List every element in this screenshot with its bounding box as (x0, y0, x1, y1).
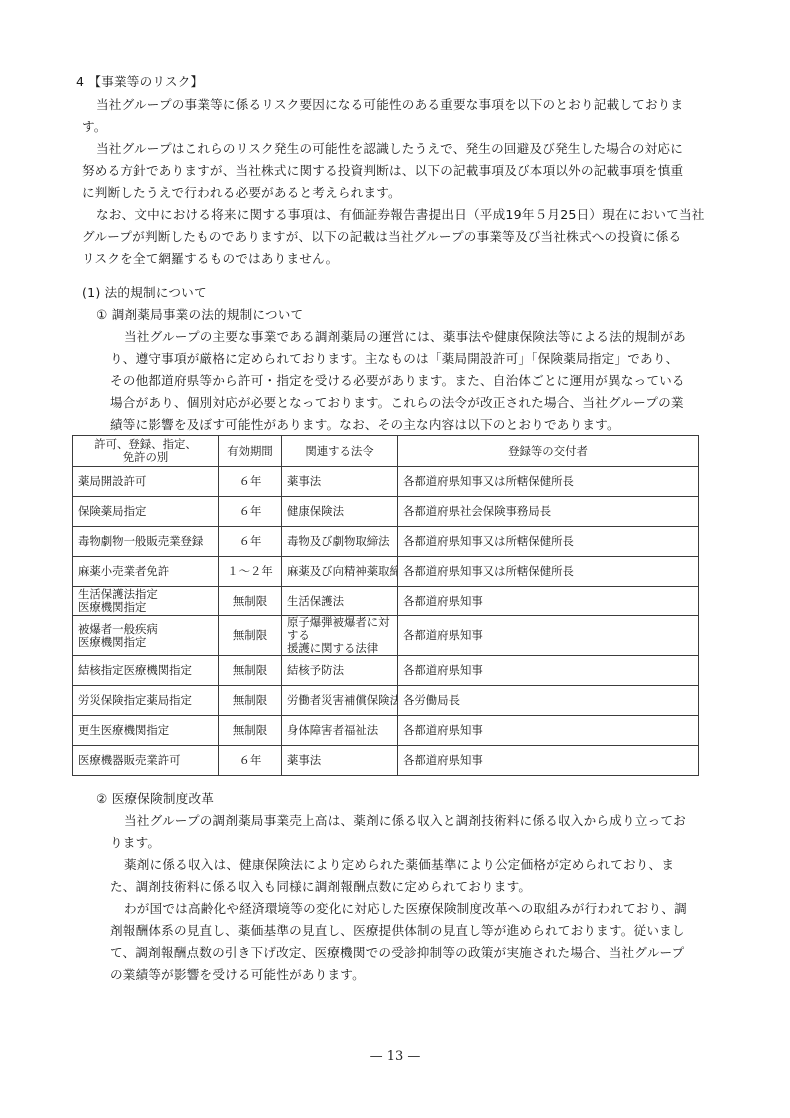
item2-line: ります。 (110, 834, 160, 853)
item2-line: の業績等が影響を受ける可能性があります。 (110, 966, 365, 985)
cell-license-type: 毒物劇物一般販売業登録 (73, 527, 219, 557)
cell-related-law: 毒物及び劇物取締法 (282, 527, 398, 557)
table-row: 労災保険指定薬局指定 無制限 労働者災害補償保険法 各労働局長 (73, 686, 699, 716)
cell-license-type: 薬局開設許可 (73, 467, 219, 497)
cell-license-type: 結核指定医療機関指定 (73, 656, 219, 686)
cell-issuer: 各都道府県知事又は所轄保健所長 (398, 557, 699, 587)
item2-line: た、調剤技術料に係る収入も同様に調剤報酬点数に定められております。 (110, 878, 531, 897)
cell-issuer: 各労働局長 (398, 686, 699, 716)
cell-validity: ６年 (219, 497, 282, 527)
table-row: 毒物劇物一般販売業登録 ６年 毒物及び劇物取締法 各都道府県知事又は所轄保健所長 (73, 527, 699, 557)
intro-line: なお、文中における将来に関する事項は、有価証券報告書提出日（平成19年５月25日… (96, 206, 705, 225)
table-row: 医療機器販売業許可 ６年 薬事法 各都道府県知事 (73, 746, 699, 776)
license-table: 許可、登録、指定、 免許の別 有効期間 関連する法令 登録等の交付者 薬局開設許… (72, 435, 699, 776)
cell-issuer: 各都道府県社会保険事務局長 (398, 497, 699, 527)
table-row: 更生医療機関指定 無制限 身体障害者福祉法 各都道府県知事 (73, 716, 699, 746)
item-heading: ② 医療保険制度改革 (96, 790, 214, 809)
cell-related-law: 薬事法 (282, 746, 398, 776)
item2-line: 薬剤に係る収入は、健康保険法により定められた薬価基準により公定価格が定められてお… (124, 856, 674, 875)
intro-line: 当社グループはこれらのリスク発生の可能性を認識したうえで、発生の回避及び発生した… (96, 140, 683, 159)
cell-issuer: 各都道府県知事 (398, 656, 699, 686)
header-related-law: 関連する法令 (282, 436, 398, 467)
intro-line: リスクを全て網羅するものではありません。 (82, 250, 338, 269)
cell-validity: 無制限 (219, 587, 282, 616)
intro-line: す。 (82, 118, 107, 137)
cell-license-type: 麻薬小売業者免許 (73, 557, 219, 587)
cell-validity: ６年 (219, 746, 282, 776)
header-issuer: 登録等の交付者 (398, 436, 699, 467)
table-row: 麻薬小売業者免許 １～２年 麻薬及び向精神薬取締法 各都道府県知事又は所轄保健所… (73, 557, 699, 587)
intro-line: 努める方針でありますが、当社株式に関する投資判断は、以下の記載事項及び本項以外の… (82, 162, 683, 181)
cell-related-law: 結核予防法 (282, 656, 398, 686)
cell-related-law: 健康保険法 (282, 497, 398, 527)
intro-line: に判断したうえで行われる必要があると考えられます。 (82, 184, 401, 203)
section-heading: 4 【事業等のリスク】 (76, 73, 203, 92)
item1-line: 績等に影響を及ぼす可能性があります。なお、その主な内容は以下のとおりであります。 (110, 416, 620, 435)
cell-license-type: 生活保護法指定 医療機関指定 (73, 587, 219, 616)
header-validity: 有効期間 (219, 436, 282, 467)
item1-line: 場合があり、個別対応が必要となっております。これらの法令が改正された場合、当社グ… (110, 394, 684, 413)
document-page: 4 【事業等のリスク】 当社グループの事業等に係るリスク要因になる可能性のある重… (0, 0, 790, 1118)
item1-line: り、遵守事項が厳格に定められております。主なものは「薬局開設許可」「保険薬局指定… (110, 350, 678, 369)
intro-line: 当社グループの事業等に係るリスク要因になる可能性のある重要な事項を以下のとおり記… (96, 96, 683, 115)
item2-line: わが国では高齢化や経済環境等の変化に対応した医療保険制度改革への取組みが行われて… (124, 900, 687, 919)
item1-line: その他都道府県等から許可・指定を受ける必要があります。また、自治体ごとに運用が異… (110, 372, 685, 391)
item1-line: 当社グループの主要な事業である調剤薬局の運営には、薬事法や健康保険法等による法的… (124, 328, 686, 347)
item-heading: ① 調剤薬局事業の法的規制について (96, 306, 303, 325)
table-header-row: 許可、登録、指定、 免許の別 有効期間 関連する法令 登録等の交付者 (73, 436, 699, 467)
cell-issuer: 各都道府県知事又は所轄保健所長 (398, 467, 699, 497)
item2-line: て、調剤報酬点数の引き下げ改定、医療機関での受診抑制等の政策が実施された場合、当… (110, 944, 684, 963)
cell-validity: 無制限 (219, 686, 282, 716)
cell-validity: ６年 (219, 467, 282, 497)
cell-issuer: 各都道府県知事又は所轄保健所長 (398, 527, 699, 557)
subsection-heading: (1) 法的規制について (82, 284, 207, 303)
table-row: 保険薬局指定 ６年 健康保険法 各都道府県社会保険事務局長 (73, 497, 699, 527)
table-row: 被爆者一般疾病 医療機関指定 無制限 原子爆弾被爆者に対する 援護に関する法律 … (73, 616, 699, 656)
intro-line: グループが判断したものでありますが、以下の記載は当社グループの事業等及び当社株式… (82, 228, 681, 247)
cell-issuer: 各都道府県知事 (398, 716, 699, 746)
cell-related-law: 身体障害者福祉法 (282, 716, 398, 746)
cell-validity: 無制限 (219, 616, 282, 656)
cell-related-law: 薬事法 (282, 467, 398, 497)
item2-line: 当社グループの調剤薬局事業売上高は、薬剤に係る収入と調剤技術料に係る収入から成り… (124, 812, 686, 831)
cell-issuer: 各都道府県知事 (398, 746, 699, 776)
cell-issuer: 各都道府県知事 (398, 616, 699, 656)
page-number: — 13 — (0, 1048, 790, 1067)
cell-related-law: 生活保護法 (282, 587, 398, 616)
cell-validity: １～２年 (219, 557, 282, 587)
cell-validity: 無制限 (219, 656, 282, 686)
cell-related-law: 原子爆弾被爆者に対する 援護に関する法律 (282, 616, 398, 656)
table-row: 薬局開設許可 ６年 薬事法 各都道府県知事又は所轄保健所長 (73, 467, 699, 497)
cell-license-type: 保険薬局指定 (73, 497, 219, 527)
cell-license-type: 被爆者一般疾病 医療機関指定 (73, 616, 219, 656)
table-row: 結核指定医療機関指定 無制限 結核予防法 各都道府県知事 (73, 656, 699, 686)
cell-license-type: 医療機器販売業許可 (73, 746, 219, 776)
table-row: 生活保護法指定 医療機関指定 無制限 生活保護法 各都道府県知事 (73, 587, 699, 616)
cell-license-type: 労災保険指定薬局指定 (73, 686, 219, 716)
item2-line: 剤報酬体系の見直し、薬価基準の見直し、医療提供体制の見直し等が進められております… (110, 922, 685, 941)
cell-issuer: 各都道府県知事 (398, 587, 699, 616)
cell-validity: 無制限 (219, 716, 282, 746)
header-license-type: 許可、登録、指定、 免許の別 (73, 436, 219, 467)
cell-related-law: 麻薬及び向精神薬取締法 (282, 557, 398, 587)
cell-validity: ６年 (219, 527, 282, 557)
cell-related-law: 労働者災害補償保険法 (282, 686, 398, 716)
cell-license-type: 更生医療機関指定 (73, 716, 219, 746)
